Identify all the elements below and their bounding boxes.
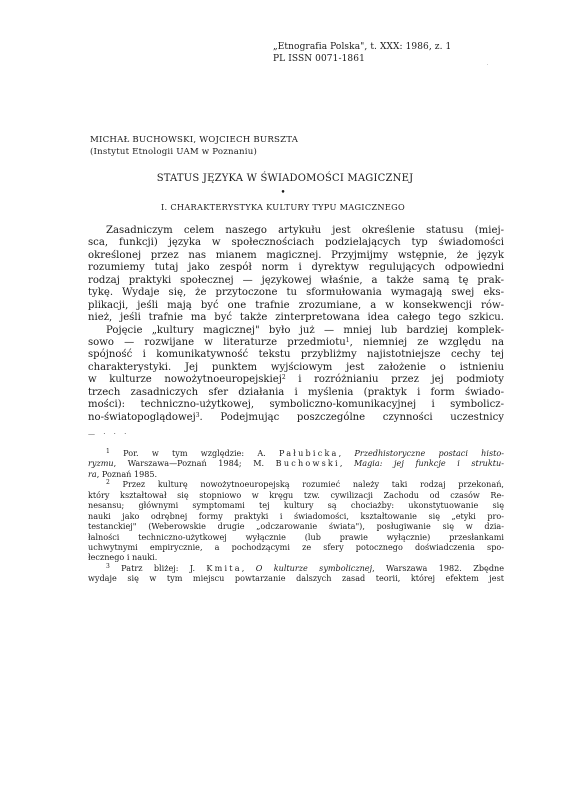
body-text: Zasadniczym celem naszego artykułu jest … (88, 225, 504, 424)
section-heading: I. CHARAKTERYSTYKA KULTURY TYPU MAGICZNE… (0, 202, 566, 212)
body-line: trzech zasadniczych sfer działania i myś… (88, 387, 504, 399)
footnote-text: Patrz bliżej: J. (110, 563, 207, 573)
article-title: STATUS JĘZYKA W ŚWIADOMOŚCI MAGICZNEJ (0, 173, 566, 184)
scan-speck (487, 64, 488, 65)
title-divider: • (0, 189, 566, 197)
body-line: w kulturze nowożytnoeuropejskiej2 i rozr… (88, 374, 504, 386)
footnote-2-line: który kształtował się stopniowo w kręgu … (88, 490, 504, 500)
footnote-separator: — · · · (88, 430, 129, 438)
footnote-title: Magia: jej funkcje i struktu- (354, 458, 504, 468)
footnote-text: Por. w tym względzie: A. (110, 448, 279, 458)
footnote-1-line: ra, Poznań 1985. (88, 469, 504, 479)
body-line: mości): techniczno-użytkowej, symboliczn… (88, 399, 504, 411)
footnote-text: , Poznań 1985. (97, 469, 157, 479)
body-line: tykę. Wydaje się, że przytoczone tu sfor… (88, 287, 504, 299)
author-affiliation: (Instytut Etnologii UAM w Poznaniu) (90, 146, 298, 158)
body-fragment: , niemniej ze względu na (350, 337, 504, 348)
body-line: określonej przez nas mianem magicznej. P… (88, 250, 504, 262)
footnote-3-line: 3 Patrz bliżej: J. Kmita, O kulturze sym… (88, 563, 504, 573)
body-line: sowo — rozwijane w literaturze przedmiot… (88, 337, 504, 349)
issn: PL ISSN 0071-1861 (273, 53, 451, 65)
body-fragment: no-światopoglądowej (88, 412, 196, 423)
body-fragment: sowo — rozwijane w literaturze przedmiot… (88, 337, 346, 348)
footnote-text: , (339, 448, 355, 458)
footnote-2-line: uchwytnymi empirycznie, a pochodzącymi z… (88, 542, 504, 552)
footnote-1-line: ryzmu, Warszawa—Poznań 1984; M. Buchowsk… (88, 458, 504, 468)
footnote-text: , Warszawa 1982. Zbędne (372, 563, 504, 573)
author-names: MICHAŁ BUCHOWSKI, WOJCIECH BURSZTA (90, 134, 298, 146)
body-line: rozumiemy tutaj jako zespół norm i dyrek… (88, 262, 504, 274)
body-line: charakterystyki. Jej punktem wyjściowym … (88, 362, 504, 374)
body-line: plikacji, jeśli mają być one trafnie zro… (88, 300, 504, 312)
footnote-2-line: łalności techniczno-użytkowej wyłącznie … (88, 532, 504, 542)
footnote-2-line: 2 Przez kulturę nowożytnoeuropejską rozu… (88, 479, 504, 489)
footnote-2-line: nauki jako odrębnej formy praktyki i świ… (88, 511, 504, 521)
body-fragment: w kulturze nowożytnoeuropejskiej (88, 374, 282, 385)
body-line: rodzaj praktyki społecznej — językowej w… (88, 275, 504, 287)
body-line: spójność i komunikatywność tekstu przybl… (88, 349, 504, 361)
footnote-author: Buchowski (276, 458, 340, 468)
body-line: Zasadniczym celem naszego artykułu jest … (88, 225, 504, 237)
scan-speck (312, 580, 313, 581)
footnote-author: Pałubicka (279, 448, 339, 458)
footnote-text: , (242, 563, 256, 573)
journal-citation: „Etnografia Polska", t. XXX: 1986, z. 1 (273, 41, 451, 53)
footnote-text: , Warszawa—Poznań 1984; M. (114, 458, 276, 468)
footnote-2-line: testanckiej" (Weberowskie drugie „odczar… (88, 521, 504, 531)
author-block: MICHAŁ BUCHOWSKI, WOJCIECH BURSZTA (Inst… (90, 134, 298, 158)
footnote-3-line: wydaje się w tym miejscu powtarzanie dal… (88, 573, 504, 583)
body-line: no-światopoglądowej3. Podejmując poszcze… (88, 412, 504, 424)
footnotes: 1 Por. w tym względzie: A. Pałubicka, Pr… (88, 448, 504, 584)
footnote-2-line: nesansu; głównymi symptomami tej kultury… (88, 500, 504, 510)
footnote-title: Przedhistoryczne postaci histo- (354, 448, 504, 458)
body-fragment: . Podejmując poszczególne czynności ucze… (200, 412, 504, 423)
footnote-2-line: łecznego i nauki. (88, 552, 504, 562)
journal-header: „Etnografia Polska", t. XXX: 1986, z. 1 … (273, 41, 451, 65)
footnote-text: Przez kulturę nowożytnoeuropejską rozumi… (110, 479, 504, 489)
article-title-text: STATUS JĘZYKA W ŚWIADOMOŚCI MAGICZNEJ (153, 173, 414, 184)
footnote-title: O kulturze symbolicznej (256, 563, 372, 573)
footnote-1-line: 1 Por. w tym względzie: A. Pałubicka, Pr… (88, 448, 504, 458)
body-line: nież, jeśli trafnie ma być także zinterp… (88, 312, 504, 324)
footnote-title: ra (88, 469, 97, 479)
footnote-text: , (340, 458, 354, 468)
footnote-author: Kmita (206, 563, 241, 573)
footnote-title: ryzmu (88, 458, 114, 468)
body-line: Pojęcie „kultury magicznej" było już — m… (88, 325, 504, 337)
body-fragment: i rozróżnianiu przez jej podmioty (286, 374, 504, 385)
body-line: sca, funkcji) języka w społecznościach p… (88, 237, 504, 249)
